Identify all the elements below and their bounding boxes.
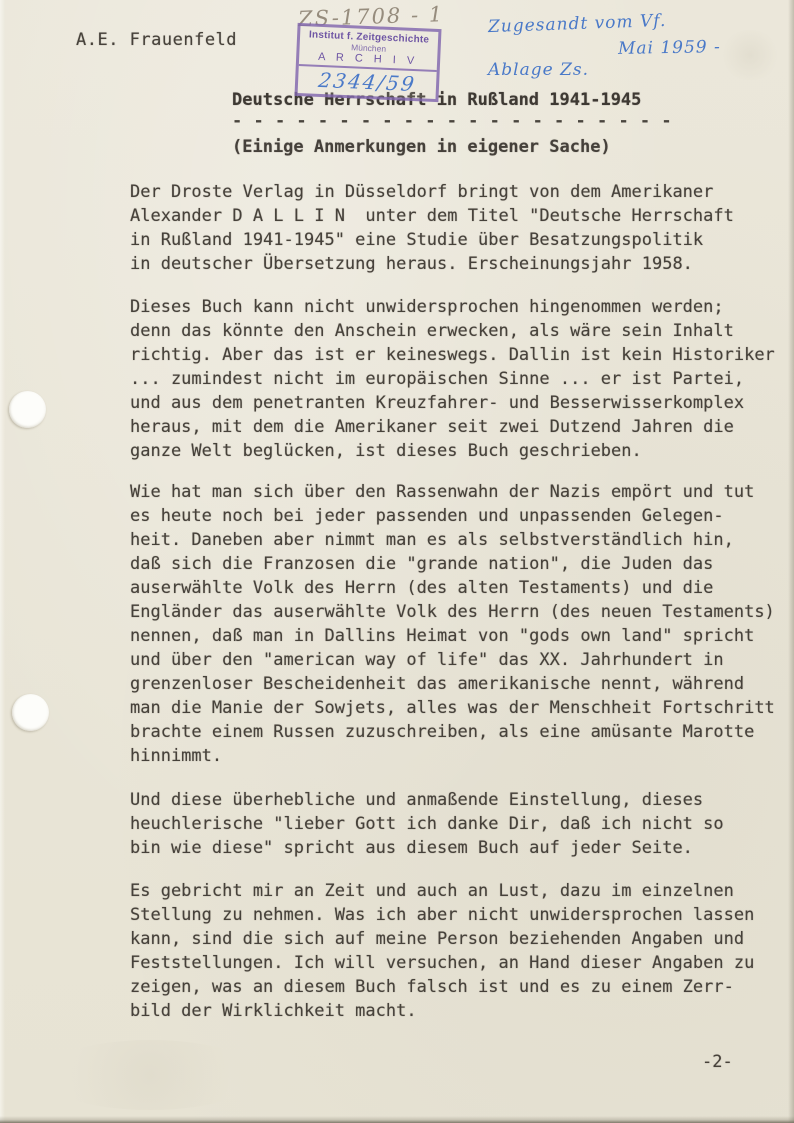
paragraph-1: Der Droste Verlag in Düsseldorf bringt v…: [130, 180, 790, 276]
title-underline-dashes: - - - - - - - - - - - - - - - - - - - - …: [232, 114, 672, 128]
paper-smudge: [40, 1040, 260, 1110]
scan-edge-right: [788, 0, 794, 1123]
paragraph-3: Wie hat man sich über den Rassenwahn der…: [130, 480, 790, 768]
paper-smudge: [720, 30, 780, 80]
archive-stamp: Institut f. Zeitgeschichte München A R C…: [294, 23, 441, 102]
paragraph-5: Es gebricht mir an Zeit und auch an Lust…: [130, 879, 790, 1023]
handwritten-note-sent-by: Zugesandt vom Vf.: [488, 11, 667, 37]
author-name: A.E. Frauenfeld: [76, 30, 237, 50]
scan-edge-left: [0, 0, 5, 1123]
title-block: Deutsche Herrschaft in Rußland 1941-1945…: [232, 90, 672, 157]
scan-edge-bottom: [0, 1116, 794, 1123]
handwritten-note-filing: Ablage Zs.: [488, 60, 589, 80]
punch-hole-top: [9, 391, 46, 428]
stamp-number-handwritten: 2344/59: [296, 66, 438, 99]
paragraph-4: Und diese überhebliche und anmaßende Ein…: [130, 788, 790, 860]
scanned-document-page: A.E. Frauenfeld ZS-1708 - 1 Institut f. …: [0, 0, 794, 1123]
handwritten-note-date: Mai 1959 -: [618, 37, 721, 59]
document-subtitle: (Einige Anmerkungen in eigener Sache): [232, 137, 672, 157]
document-body: Der Droste Verlag in Düsseldorf bringt v…: [130, 180, 790, 1042]
punch-hole-bottom: [12, 694, 49, 731]
paragraph-2: Dieses Buch kann nicht unwidersprochen h…: [130, 295, 790, 463]
page-number: -2-: [702, 1052, 733, 1072]
